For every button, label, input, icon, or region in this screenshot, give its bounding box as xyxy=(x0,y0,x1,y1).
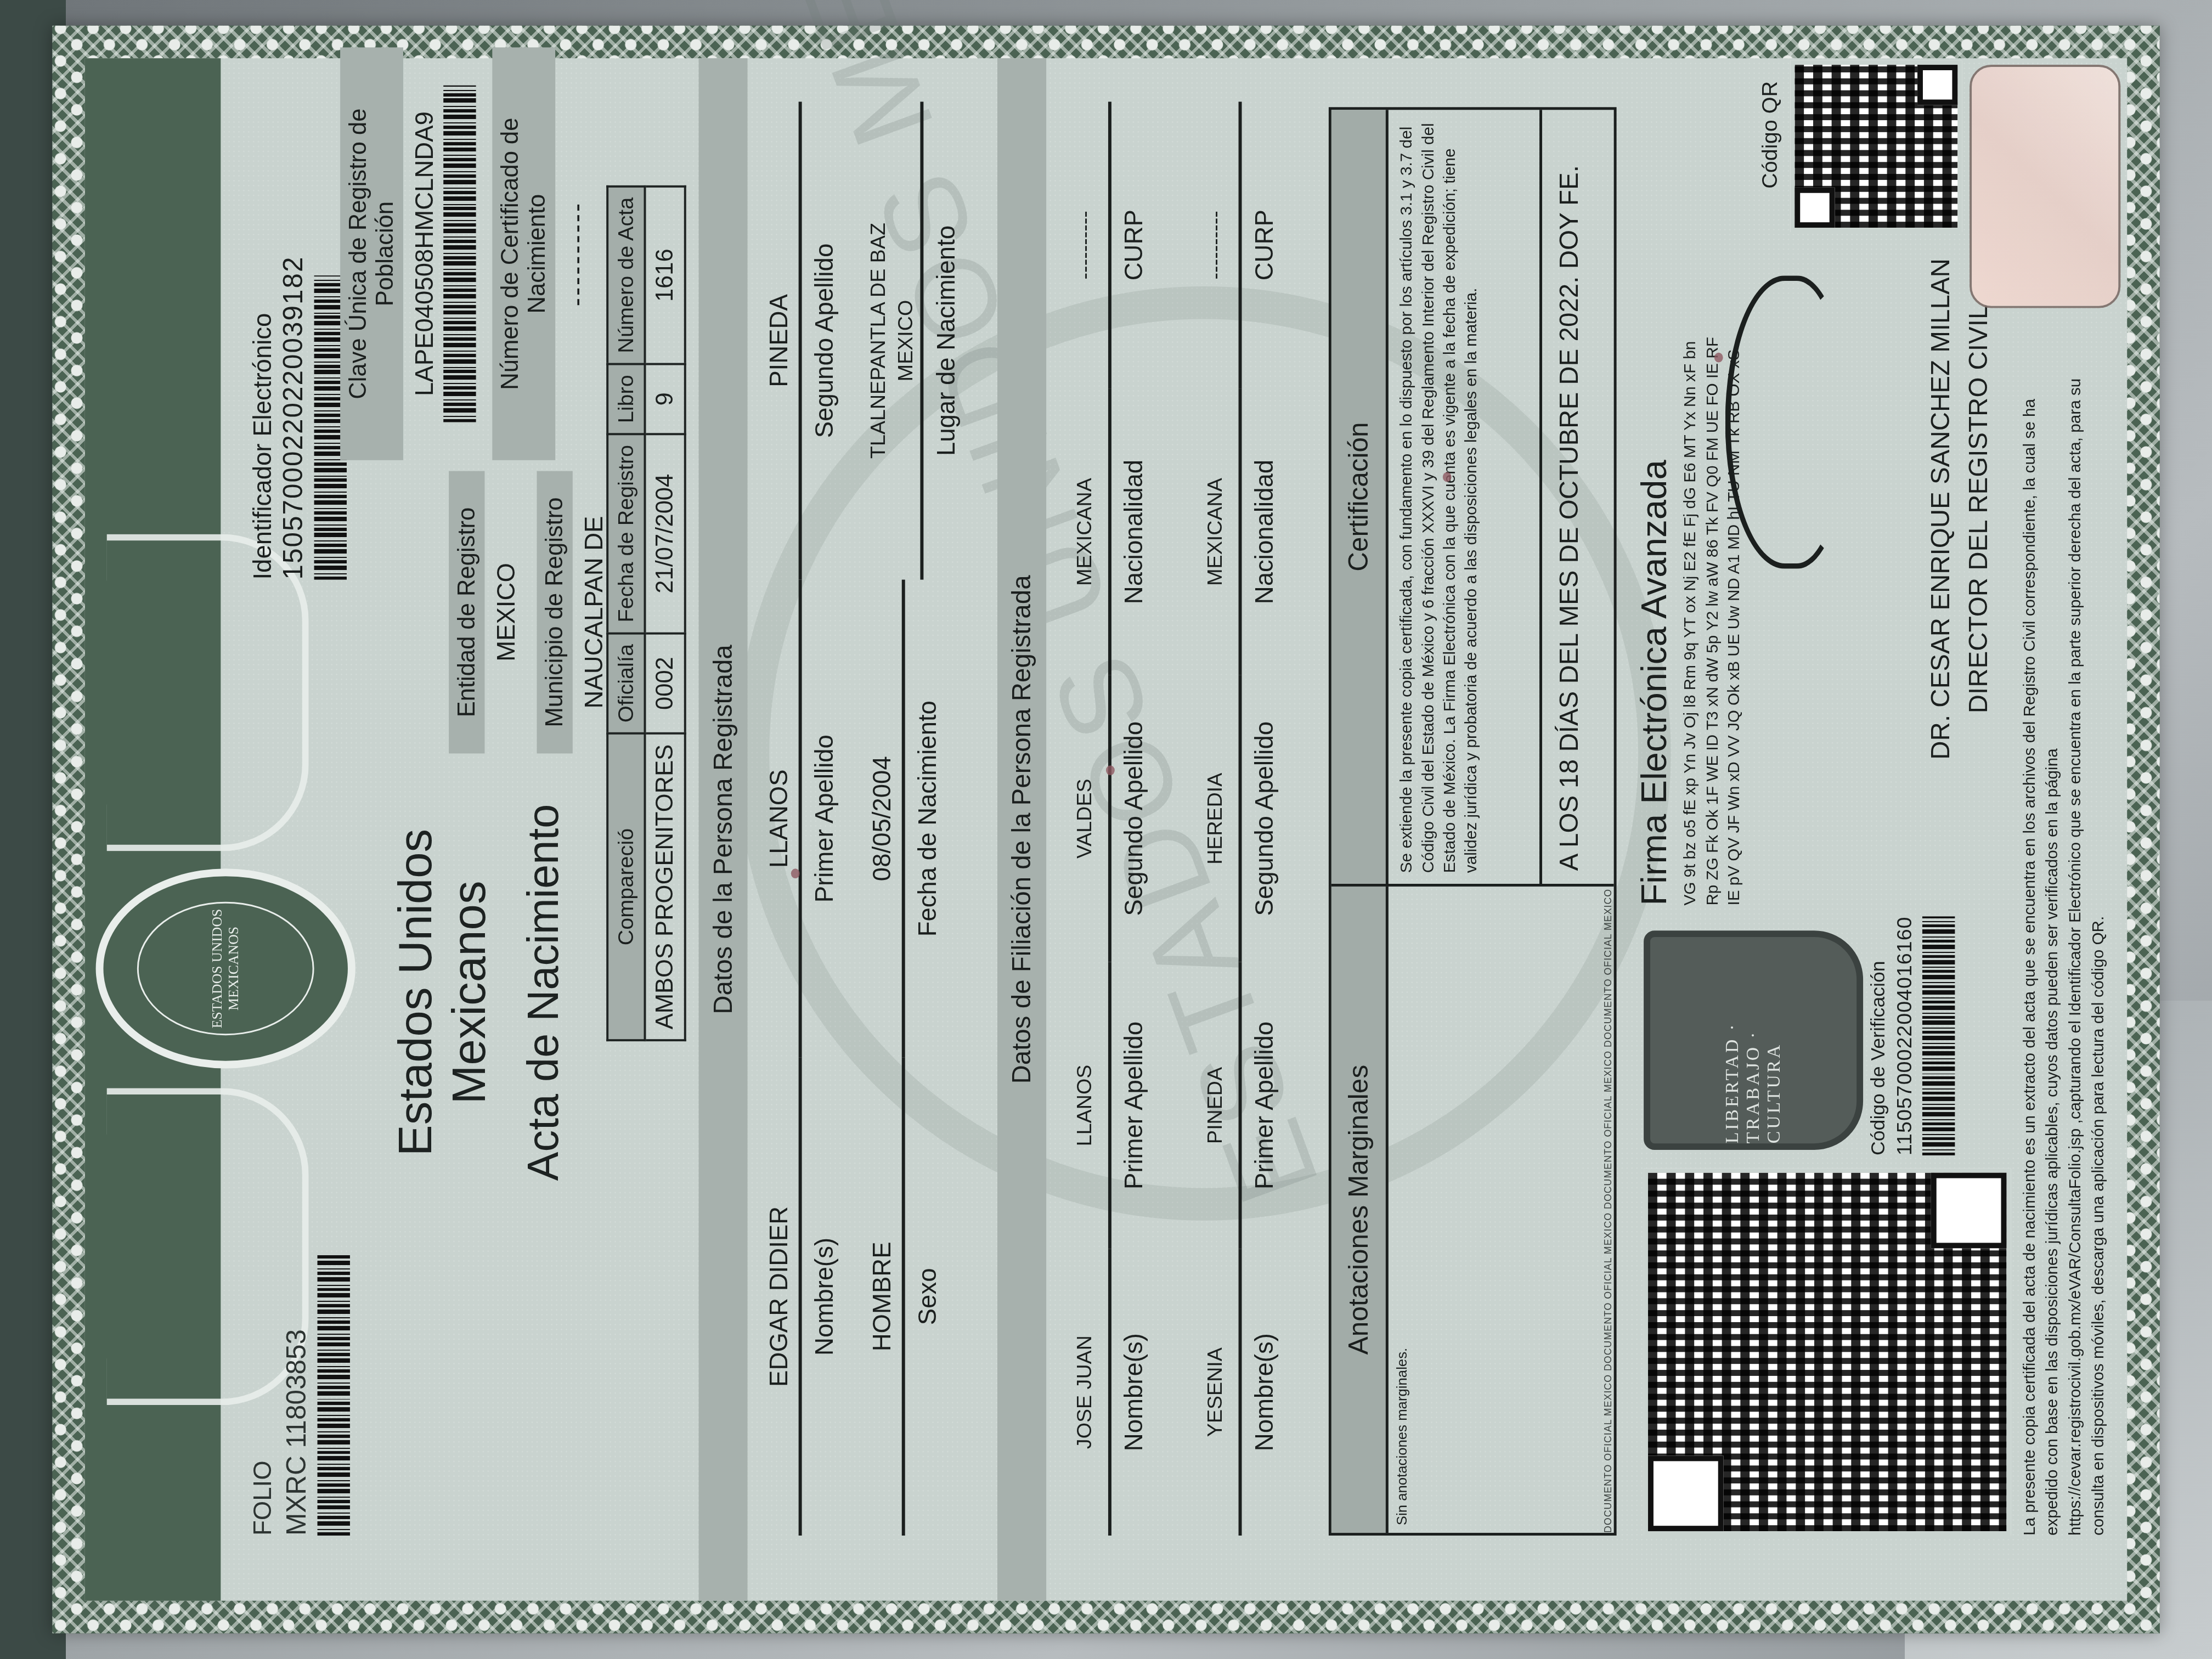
person-sex-value: HOMBRE xyxy=(867,1058,899,1536)
state-crest-icon: LIBERTAD · TRABAJO · CULTURA xyxy=(1644,930,1863,1150)
certification-title: Certificación xyxy=(1331,110,1389,884)
parent-2-first-surname-value: PINEDA xyxy=(1204,962,1236,1249)
cell-comparecio: AMBOS PROGENITORES xyxy=(645,733,685,1040)
filiation-section-title: Datos de Filiación de la Persona Registr… xyxy=(997,58,1046,1601)
person-birth-place: TLALNEPANTLA DE BAZ MEXICO Lugar de Naci… xyxy=(867,101,960,579)
electronic-signature: Firma Electrónica Avanzada VG 9t bz o5 f… xyxy=(1633,112,1745,905)
certification-body: Se extiende la presente copia certificad… xyxy=(1389,110,1539,884)
parent-1-curp: ---------- CURP xyxy=(1074,101,1149,388)
verification-code-value: 115057000220040161​60 xyxy=(1894,916,1917,1155)
person-names-label: Nombre(s) xyxy=(809,1058,838,1536)
parent-1-second-surname: VALDES Segundo Apellido xyxy=(1074,675,1149,962)
parent-1-second-surname-value: VALDES xyxy=(1074,675,1106,962)
divider xyxy=(1239,675,1242,962)
electronic-signature-title: Firma Electrónica Avanzada xyxy=(1633,112,1674,905)
divider xyxy=(902,580,905,1058)
header-fecha-registro: Fecha de Registro xyxy=(607,434,645,633)
parent-1-names: JOSE JUAN Nombre(s) xyxy=(1074,1249,1149,1536)
security-microtext: DOCUMENTO OFICIAL MEXICO DOCUMENTO OFICI… xyxy=(1602,887,1614,1533)
parent-2-names: YESENIA Nombre(s) xyxy=(1204,1249,1279,1536)
birth-place-line2: MEXICO xyxy=(894,101,918,579)
divider xyxy=(799,580,802,1058)
divider xyxy=(1108,388,1111,675)
electronic-id-label: Identificador Electrónico xyxy=(248,37,277,580)
person-birth-date: 08/05/2004 Fecha de Nacimiento xyxy=(867,580,960,1058)
cell-numero-acta: 1616 xyxy=(645,187,685,364)
cell-oficialia: 0002 xyxy=(645,633,685,733)
registered-person-section-title: Datos de la Persona Registrada xyxy=(699,58,748,1601)
marginal-annotations-title: Anotaciones Marginales xyxy=(1331,887,1389,1533)
cell-fecha-registro: 21/07/2004 xyxy=(645,434,685,633)
marginal-annotations-body: Sin anotaciones marginales. xyxy=(1389,887,1416,1533)
parent-2-first-surname: PINEDA Primer Apellido xyxy=(1204,962,1279,1249)
person-first-surname: LLANOS Primer Apellido xyxy=(764,580,839,1058)
person-names-value: EDGAR DIDIER xyxy=(764,1058,796,1536)
divider xyxy=(1239,388,1242,675)
parent-names-label: Nombre(s) xyxy=(1119,1249,1148,1536)
registered-person-names-row: EDGAR DIDIER Nombre(s) LLANOS Primer Ape… xyxy=(764,101,839,1536)
parent-1-names-value: JOSE JUAN xyxy=(1074,1249,1106,1536)
registry-table: Compareció Oficialía Fecha de Registro L… xyxy=(606,185,686,1041)
folio-value: MXRC 11803853 xyxy=(280,1253,312,1536)
registry-info: Clave Única de Registro de Población LAP… xyxy=(324,47,591,460)
document-title: Acta de Nacimiento xyxy=(518,721,568,1264)
parent-1-row: JOSE JUAN Nombre(s) LLANOS Primer Apelli… xyxy=(1074,101,1149,1536)
municipality-label: Municipio de Registro xyxy=(537,471,572,754)
header-comparecio: Compareció xyxy=(607,733,645,1040)
person-birth-date-value: 08/05/2004 xyxy=(867,580,899,1058)
parent-1-first-surname: LLANOS Primer Apellido xyxy=(1074,962,1149,1249)
person-names: EDGAR DIDIER Nombre(s) xyxy=(764,1058,839,1536)
header-oficialia: Oficialía xyxy=(607,633,645,733)
seal-text: ESTADOS UNIDOS MEXICANOS xyxy=(137,902,314,1036)
marginal-annotations: Anotaciones Marginales Sin anotaciones m… xyxy=(1331,884,1614,1533)
person-second-surname-label: Segundo Apellido xyxy=(809,101,838,579)
birth-place-line1: TLALNEPANTLA DE BAZ xyxy=(867,101,890,579)
footer-legal-note: La presente copia certificada del acta d… xyxy=(2018,341,2109,1536)
stain-mark xyxy=(1443,472,1452,482)
person-birth-date-label: Fecha de Nacimiento xyxy=(913,580,942,1058)
title-block: Estados Unidos Mexicanos Acta de Nacimie… xyxy=(389,721,568,1264)
parent-names-label: Nombre(s) xyxy=(1249,1249,1278,1536)
person-sex: HOMBRE Sexo xyxy=(867,1058,960,1536)
parent-2-nationality: MEXICANA Nacionalidad xyxy=(1204,388,1279,675)
divider xyxy=(1108,675,1111,962)
header-numero-acta: Número de Acta xyxy=(607,187,645,364)
folio: FOLIO MXRC 11803853 xyxy=(248,1253,350,1536)
electronic-id-value: 15057000220220039182 xyxy=(277,37,308,580)
divider xyxy=(902,1058,905,1536)
parent-2-second-surname-value: HEREDIA xyxy=(1204,675,1236,962)
person-second-surname: PINEDA Segundo Apellido xyxy=(764,101,839,579)
signature-hash-line: VG 9t bz o5 fE xp Yn Jv Oj l8 Rm 9q YT o… xyxy=(1679,112,1701,905)
entity-label: Entidad de Registro xyxy=(449,471,484,754)
verification-code: Código de Verificación 11505700022004016… xyxy=(1866,916,1955,1155)
person-sex-label: Sexo xyxy=(913,1058,942,1536)
divider xyxy=(1108,101,1111,388)
curp-value: LAPE040508HMCLNDA9 xyxy=(410,47,439,460)
divider xyxy=(1108,962,1111,1249)
director-name: DR. CESAR ENRIQUE SANCHEZ MILLAN xyxy=(1926,112,1956,905)
verification-code-label: Código de Verificación xyxy=(1866,916,1889,1155)
parent-2-row: YESENIA Nombre(s) PINEDA Primer Apellido… xyxy=(1204,101,1279,1536)
parent-1-nationality-value: MEXICANA xyxy=(1074,388,1106,675)
divider xyxy=(920,101,923,579)
divider xyxy=(1108,1249,1111,1536)
divider xyxy=(1239,101,1242,388)
qr-code-label: Código QR xyxy=(1758,81,1782,189)
parent-1-first-surname-value: LLANOS xyxy=(1074,962,1106,1249)
folio-label: FOLIO xyxy=(248,1253,277,1536)
registered-person-birth-row: HOMBRE Sexo 08/05/2004 Fecha de Nacimien… xyxy=(867,101,960,1536)
certificate-number-label: Número de Certificado de Nacimiento xyxy=(492,47,555,460)
cell-libro: 9 xyxy=(645,364,685,434)
national-seal-icon: ESTADOS UNIDOS MEXICANOS xyxy=(96,868,356,1068)
person-second-surname-value: PINEDA xyxy=(764,101,796,579)
birth-certificate: ESTADOS UNIDOS MEXICANOS ESTADOS UNIDOS … xyxy=(52,26,2159,1633)
curp-barcode xyxy=(443,86,476,422)
handwritten-signature-icon xyxy=(1725,275,1845,569)
divider xyxy=(799,1058,802,1536)
hologram-sticker xyxy=(1970,65,2120,308)
parent-1-nationality: MEXICANA Nacionalidad xyxy=(1074,388,1149,675)
parent-2-nationality-value: MEXICANA xyxy=(1204,388,1236,675)
annotations-certification-box: Anotaciones Marginales Sin anotaciones m… xyxy=(1329,107,1617,1536)
parent-first-surname-label: Primer Apellido xyxy=(1119,962,1148,1249)
person-first-surname-value: LLANOS xyxy=(764,580,796,1058)
divider xyxy=(1239,1249,1242,1536)
parent-2-curp: ---------- CURP xyxy=(1204,101,1279,388)
verification-barcode xyxy=(1922,916,1955,1155)
parent-second-surname-label: Segundo Apellido xyxy=(1249,675,1278,962)
stain-mark xyxy=(791,868,800,878)
country-title: Estados Unidos Mexicanos xyxy=(389,721,496,1264)
stain-mark xyxy=(1714,353,1723,363)
certification: Certificación Se extiende la presente co… xyxy=(1331,110,1614,884)
parent-curp-label: CURP xyxy=(1119,101,1148,388)
parent-curp-label: CURP xyxy=(1249,101,1278,388)
parent-nationality-label: Nacionalidad xyxy=(1249,388,1278,675)
person-first-surname-label: Primer Apellido xyxy=(809,580,838,1058)
certificate-number-value: ---------- xyxy=(562,47,591,460)
parent-2-second-surname: HEREDIA Segundo Apellido xyxy=(1204,675,1279,962)
parent-second-surname-label: Segundo Apellido xyxy=(1119,675,1148,962)
qr-code-large-icon xyxy=(1644,1169,2011,1536)
divider xyxy=(799,101,802,579)
parent-2-names-value: YESENIA xyxy=(1204,1249,1236,1536)
document-paper: ESTADOS UNIDOS MEXICANOS ESTADOS UNIDOS … xyxy=(85,58,2127,1601)
person-birth-place-label: Lugar de Nacimiento xyxy=(931,101,960,579)
stain-mark xyxy=(1106,765,1115,775)
crest-text: LIBERTAD · TRABAJO · CULTURA xyxy=(1723,937,1785,1143)
header-libro: Libro xyxy=(607,364,645,434)
parent-1-curp-value: ---------- xyxy=(1074,101,1106,388)
table-row: AMBOS PROGENITORES 0002 21/07/2004 9 161… xyxy=(645,187,685,1040)
folio-barcode xyxy=(318,1253,350,1536)
parent-2-curp-value: ---------- xyxy=(1204,101,1236,388)
curp-label: Clave Única de Registro de Población xyxy=(340,47,403,460)
certification-date: A LOS 18 DÍAS DEL MES DE OCTUBRE DE 2022… xyxy=(1539,110,1598,884)
signature-hash-line: Rp ZG Fk Ok 1F WE ID T3 xN dW 5p Y2 lw a… xyxy=(1702,112,1724,905)
parent-first-surname-label: Primer Apellido xyxy=(1249,962,1278,1249)
parent-nationality-label: Nacionalidad xyxy=(1119,388,1148,675)
divider xyxy=(1239,962,1242,1249)
registry-table-header: Compareció Oficialía Fecha de Registro L… xyxy=(607,187,645,1040)
entity-value: MEXICO xyxy=(491,471,520,754)
ornament-right-icon xyxy=(106,534,308,851)
signature-hash: VG 9t bz o5 fE xp Yn Jv Oj l8 Rm 9q YT o… xyxy=(1679,112,1745,905)
